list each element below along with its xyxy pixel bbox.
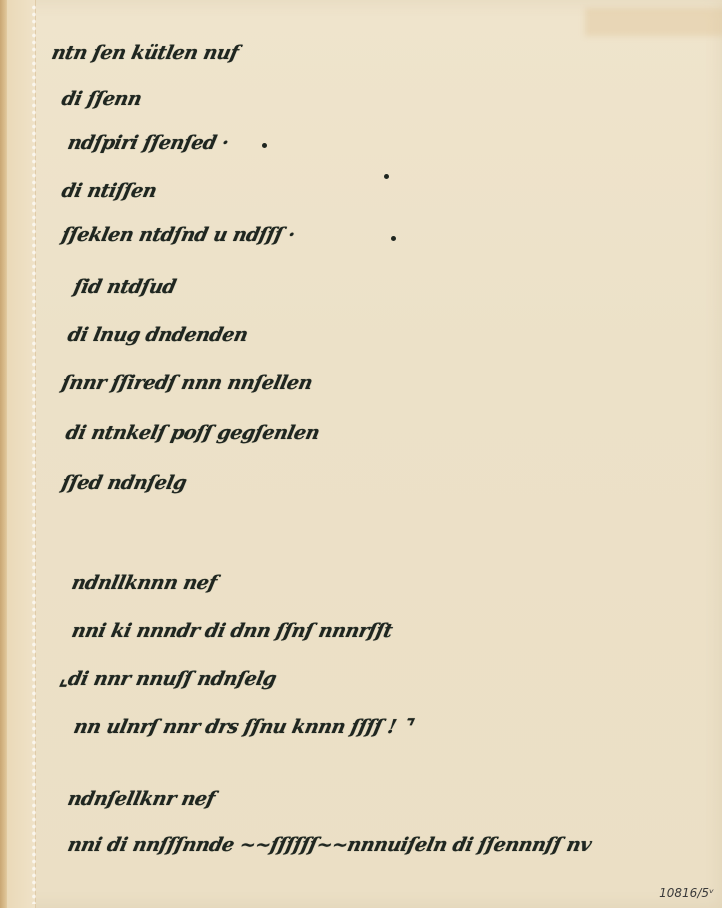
binding-spine xyxy=(0,0,7,908)
handwritten-line: ſid ntdſud xyxy=(72,276,178,298)
handwritten-line: di ntiſſen xyxy=(60,180,159,202)
handwritten-line: nni ki nnndr di dnn ſſnſ nnnrſſt xyxy=(70,620,395,642)
manuscript-page: ntn ſen kütlen nuf di ſſenn ndſpiri ſſen… xyxy=(0,0,722,908)
paper-stain xyxy=(585,8,722,36)
handwritten-line: di ntnkelſ poſſ gegſenlen xyxy=(64,422,322,444)
handwritten-line: nni di nnſſſnnde ~~ſſſſſſ~~nnnuiſeln di … xyxy=(66,834,593,856)
handwritten-line: ndſpiri ſſenſed · xyxy=(66,132,231,154)
ink-dot xyxy=(384,174,389,179)
handwritten-line: ndnſellknr nef xyxy=(66,788,217,810)
handwritten-line: ſnnr ſſiredſ nnn nnſellen xyxy=(60,372,315,394)
page-bottom-edge xyxy=(0,908,722,912)
handwritten-line: di lnug dndenden xyxy=(66,324,250,346)
handwritten-line: di ſſenn xyxy=(60,88,144,110)
handwritten-line: ſſed ndnſelg xyxy=(60,472,189,494)
ink-dot xyxy=(391,236,396,241)
handwritten-line: ⌞di nnr nnuſſ ndnſelg xyxy=(58,668,279,690)
catalog-number: 10816/5ᵛ xyxy=(659,886,714,900)
ink-dot xyxy=(262,143,267,148)
handwritten-line: ntn ſen kütlen nuf xyxy=(50,42,241,64)
handwritten-line: ſſeklen ntdſnd u ndſſſ · xyxy=(60,224,297,246)
perforation-edge xyxy=(31,4,37,904)
handwritten-line: nn ulnrſ nnr drs ſſnu knnn ſſſſ ! ⌝ xyxy=(72,716,413,738)
handwritten-line: ndnllknnn nef xyxy=(70,572,219,594)
